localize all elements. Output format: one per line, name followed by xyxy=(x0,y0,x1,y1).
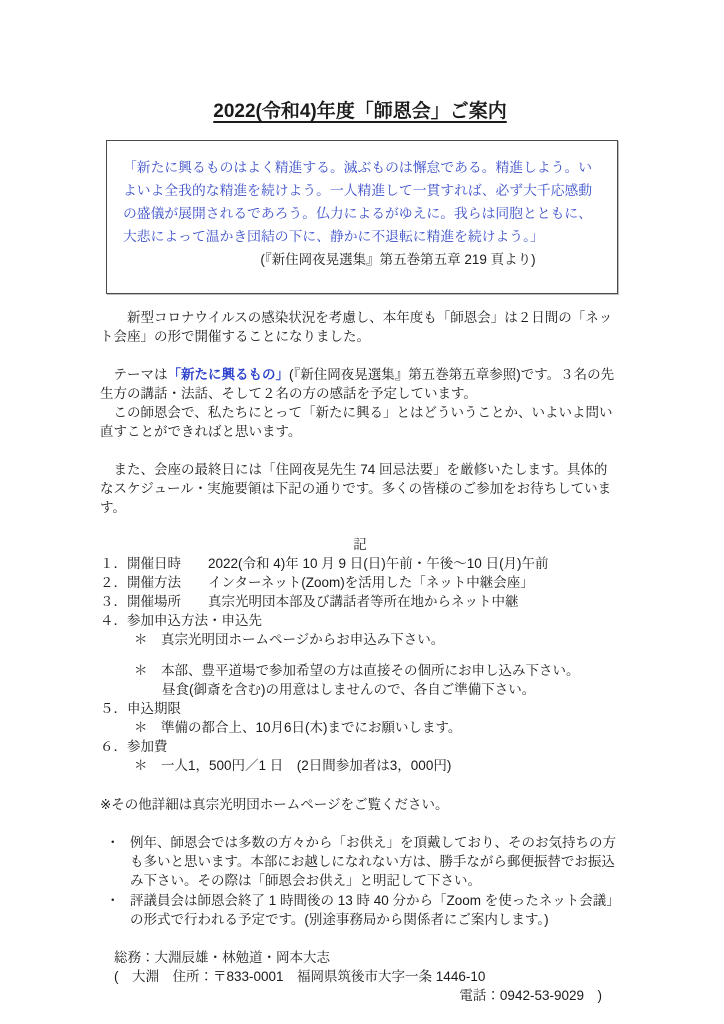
admin-block: 総務：大淵辰雄・林勉道・岡本大志 ( 大淵 住所：〒833-0001 福岡県筑後… xyxy=(114,948,620,1005)
quote-citation: (『新住岡夜晃選集』第五巻第五章 219 頁より) xyxy=(123,248,601,271)
notice-line: ＊ 一人1，500円／1 日 (2日間参加者は3，000円) xyxy=(100,756,620,775)
notice-line: ＊ 本部、豊平道場で参加希望の方は直接その個所にお申し込み下さい。 xyxy=(100,661,620,680)
notice-line: ＊ 準備の都合上、10月6日(木)までにお願いします。 xyxy=(100,718,620,737)
notice-line xyxy=(100,649,620,661)
notice-line: ３．開催場所 真宗光明団本部及び講話者等所在地からネット中継 xyxy=(100,592,620,611)
page-title: 2022(令和4)年度「師恩会」ご案内 xyxy=(100,100,620,124)
bullet-marker: ・ xyxy=(106,891,120,910)
quote-text: 「新たに興るものはよく精進する。滅ぶものは懈怠である。精進しよう。いよいよ全我的… xyxy=(123,156,601,248)
intro-paragraph-2: テーマは「新たに興るもの」(『新住岡夜晃選集』第五巻第五章参照)です。３名の先生… xyxy=(100,365,620,403)
admin-staff-line: 総務：大淵辰雄・林勉道・岡本大志 xyxy=(114,948,620,967)
notice-line: １．開催日時 2022(令和 4)年 10 月 9 日(日)午前・午後～10 日… xyxy=(100,554,620,573)
admin-phone-line: 電話：0942-53-9029 ) xyxy=(114,986,620,1005)
notice-heading: 記 xyxy=(100,535,620,554)
notice-list: １．開催日時 2022(令和 4)年 10 月 9 日(日)午前・午後～10 日… xyxy=(100,554,620,775)
bullet-text: 評議員会は師恩会終了 1 時間後の 13 時 40 分から「Zoom を使ったネ… xyxy=(130,893,620,927)
notice-line: 昼食(御斎を含む)の用意はしませんので、各自ご準備下さい。 xyxy=(100,680,620,699)
notice-line: ５．申込期限 xyxy=(100,699,620,718)
page-title-text: 2022(令和4)年度「師恩会」ご案内 xyxy=(213,101,507,122)
bullet-list: ・例年、師恩会では多数の方々から「お供え」を頂戴しており、そのお気持ちの方も多い… xyxy=(100,833,620,929)
bullet-item: ・評議員会は師恩会終了 1 時間後の 13 時 40 分から「Zoom を使った… xyxy=(100,891,620,929)
bullet-item: ・例年、師恩会では多数の方々から「お供え」を頂戴しており、そのお気持ちの方も多い… xyxy=(100,833,620,890)
intro-paragraph-1: 新型コロナウイルスの感染状況を考慮し、本年度も「師恩会」は２日間の「ネット会座」… xyxy=(100,308,620,346)
document-page: 2022(令和4)年度「師恩会」ご案内 「新たに興るものはよく精進する。滅ぶもの… xyxy=(0,0,724,1024)
intro-paragraph-3: また、会座の最終日には「住岡夜晃先生 74 回忌法要」を厳修いたします。具体的な… xyxy=(100,460,620,517)
notice-line: ＊ 真宗光明団ホームページからお申込み下さい。 xyxy=(100,630,620,649)
notice-line: ６．参加費 xyxy=(100,737,620,756)
bullet-text: 例年、師恩会では多数の方々から「お供え」を頂戴しており、そのお気持ちの方も多いと… xyxy=(130,835,616,888)
footer-note: ※その他詳細は真宗光明団ホームページをご覧ください。 xyxy=(100,795,620,814)
theme-sentence-prefix: テーマは xyxy=(100,367,168,382)
intro-paragraph-2b: この師恩会で、私たちにとって「新たに興る」とはどういうことか、いよいよ問い直すこ… xyxy=(100,403,620,441)
bullet-marker: ・ xyxy=(106,833,120,852)
admin-address-line: ( 大淵 住所：〒833-0001 福岡県筑後市大字一条 1446-10 xyxy=(114,967,620,986)
notice-line: ２．開催方法 インターネット(Zoom)を活用した「ネット中継会座」 xyxy=(100,573,620,592)
theme-title: 「新たに興るもの」 xyxy=(168,367,290,382)
quote-box: 「新たに興るものはよく精進する。滅ぶものは懈怠である。精進しよう。いよいよ全我的… xyxy=(106,140,618,294)
notice-line: ４．参加申込方法・申込先 xyxy=(100,611,620,630)
